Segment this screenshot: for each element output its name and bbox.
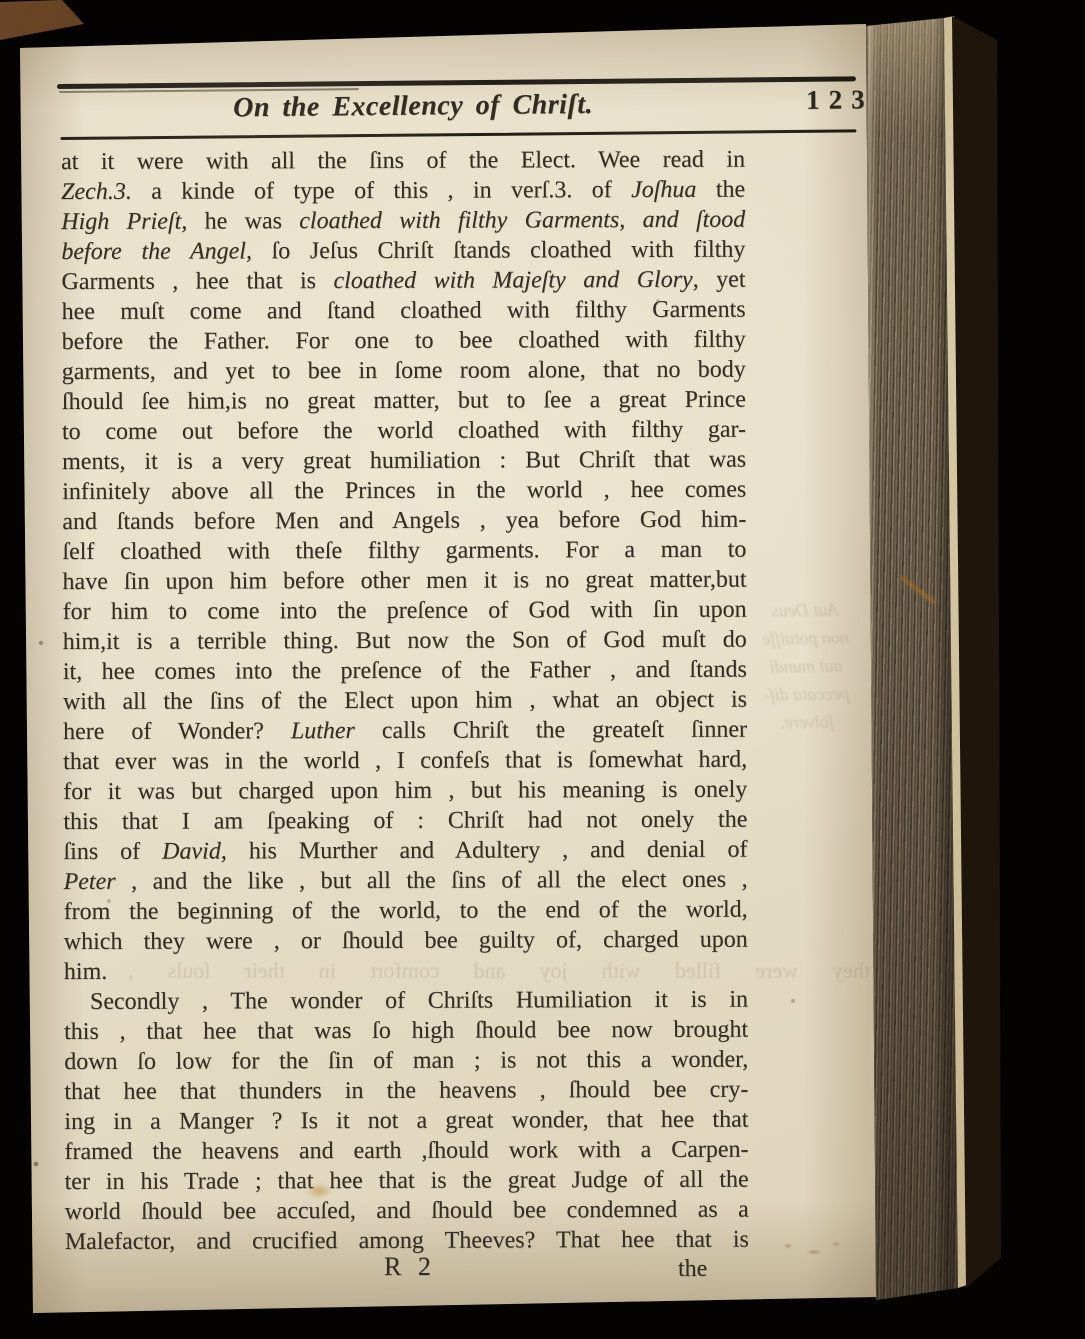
stain [306,1183,332,1199]
head-rule-bottom [60,129,856,140]
text-line: hee muſt come and ſtand cloathed with fi… [62,295,746,327]
text-line: that ever was in the world , I confeſs t… [63,745,747,777]
text-line: for it was but charged upon him , but hi… [63,775,747,807]
text-line: before the Father. For one to bee cloath… [62,325,746,357]
showthrough-marginalia: Aut Deusnon potuiſſeaut mundipeccata diſ… [744,595,868,737]
text-line: this , that hee that was ſo high ſhould … [64,1015,748,1047]
text-line: down ſo low for the ſin of man ; is not … [64,1045,748,1077]
text-line: at it were with all the ſins of the Elec… [61,145,745,177]
text-line: Garments , hee that is cloathed with Maj… [61,265,745,297]
signature-mark: R 2 [384,1252,431,1282]
text-line: with all the ſins of the Elect upon him … [63,685,747,717]
text-line: Secondly , The wonder of Chriſts Humilia… [64,985,748,1017]
text-line: ter in his Trade ; that hee that is the … [65,1165,749,1197]
text-line: him,it is a terrible thing. But now the … [63,625,747,657]
text-line: Peter , and the like , but all the ſins … [64,865,748,897]
text-line: ing in a Manger ? Is it not a great wond… [64,1105,748,1137]
body-text: at it were with all the ſins of the Elec… [61,145,749,1257]
text-line: to come out before the world cloathed wi… [62,415,746,447]
text-line: here of Wonder? Luther calls Chriſt the … [63,715,747,747]
ink-specks [0,0,2,2]
text-line: infinitely above all the Princes in the … [62,475,746,507]
page-header: On the Excellency of Chriſt. 123 [0,0,1085,161]
text-line: ſhould ſee him,is no great matter, but t… [62,385,746,417]
showthrough-red-marks [778,1236,850,1266]
text-line: which they were , or ſhould bee guilty o… [64,925,748,957]
head-rule-top [57,76,856,89]
running-title: On the Excellency of Chriſt. [233,89,593,124]
text-line: ments, it is a very great humiliation : … [62,445,746,477]
text-line: world ſhould bee accuſed, and ſhould bee… [65,1195,749,1227]
text-line: it, hee comes into the preſence of the F… [63,655,747,687]
text-line: for him to come into the preſence of God… [63,595,747,627]
text-line: before the Angel, ſo Jeſus Chriſt ſtands… [61,235,745,267]
text-line: Zech.3. a kinde of type of this , in ver… [61,175,745,207]
text-line: ſelf cloathed with theſe filthy garments… [62,535,746,567]
text-line: framed the heavens and earth ,ſhould wor… [64,1135,748,1167]
text-line: ſins of David, his Murther and Adultery … [63,835,747,867]
text-line: that hee that thunders in the heavens , … [64,1075,748,1107]
text-line: this that I am ſpeaking of : Chriſt had … [63,805,747,837]
text-line: High Prieſt, he was cloathed with filthy… [61,205,745,237]
text-line: and ſtands before Men and Angels , yea b… [62,505,746,537]
text-line: have ſin upon him before other men it is… [62,565,746,597]
page-number: 123 [806,84,874,116]
book-photograph: On the Excellency of Chriſt. 123 Aut Deu… [0,0,1085,1339]
text-line: from the beginning of the world, to the … [64,895,748,927]
text-line: him. [64,955,748,987]
text-line: garments, and yet to bee in ſome room al… [62,355,746,387]
catchword: the [678,1256,707,1283]
